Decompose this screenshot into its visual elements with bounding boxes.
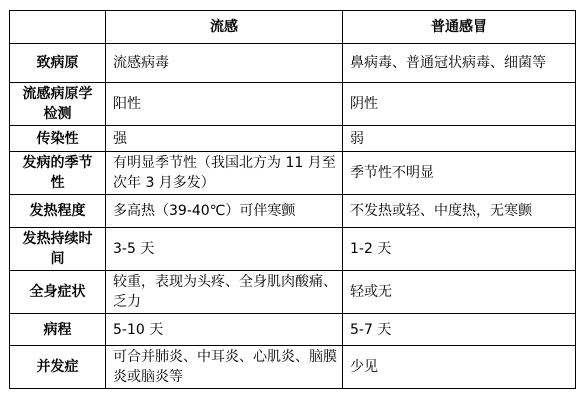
row-label: 发病的季节性 [10, 152, 106, 195]
table-row: 病程5-10 天5-7 天 [10, 314, 576, 346]
header-row: 流感 普通感冒 [10, 11, 576, 44]
cold-value-cell: 轻或无 [343, 271, 576, 314]
row-label: 并发症 [10, 346, 106, 389]
flu-value-cell: 有明显季节性（我国北方为 11 月至次年 3 月多发） [106, 152, 343, 195]
row-label: 全身症状 [10, 271, 106, 314]
table-row: 致病原流感病毒鼻病毒、普通冠状病毒、细菌等 [10, 44, 576, 83]
corner-empty-cell [10, 11, 106, 44]
flu-value-cell: 5-10 天 [106, 314, 343, 346]
row-label: 致病原 [10, 44, 106, 83]
flu-value-cell: 多高热（39-40℃）可伴寒颤 [106, 195, 343, 228]
flu-value-cell: 可合并肺炎、中耳炎、心肌炎、脑膜炎或脑炎等 [106, 346, 343, 389]
column-header-flu: 流感 [106, 11, 343, 44]
table-row: 全身症状较重，表现为头疼、全身肌肉酸痛、乏力轻或无 [10, 271, 576, 314]
cold-value-cell: 季节性不明显 [343, 152, 576, 195]
table-row: 流感病原学检测阳性阴性 [10, 83, 576, 126]
flu-value-cell: 强 [106, 126, 343, 152]
cold-value-cell: 鼻病毒、普通冠状病毒、细菌等 [343, 44, 576, 83]
column-header-cold: 普通感冒 [343, 11, 576, 44]
flu-value-cell: 阳性 [106, 83, 343, 126]
cold-value-cell: 1-2 天 [343, 228, 576, 271]
flu-vs-cold-comparison-table: 流感 普通感冒 致病原流感病毒鼻病毒、普通冠状病毒、细菌等流感病原学检测阳性阴性… [9, 10, 576, 389]
table-row: 发热程度多高热（39-40℃）可伴寒颤不发热或轻、中度热，无寒颤 [10, 195, 576, 228]
flu-value-cell: 流感病毒 [106, 44, 343, 83]
flu-value-cell: 较重，表现为头疼、全身肌肉酸痛、乏力 [106, 271, 343, 314]
table-row: 并发症可合并肺炎、中耳炎、心肌炎、脑膜炎或脑炎等少见 [10, 346, 576, 389]
row-label: 发热程度 [10, 195, 106, 228]
document-page: 流感 普通感冒 致病原流感病毒鼻病毒、普通冠状病毒、细菌等流感病原学检测阳性阴性… [0, 0, 584, 397]
flu-value-cell: 3-5 天 [106, 228, 343, 271]
cold-value-cell: 不发热或轻、中度热，无寒颤 [343, 195, 576, 228]
cold-value-cell: 少见 [343, 346, 576, 389]
row-label: 病程 [10, 314, 106, 346]
table-row: 传染性强弱 [10, 126, 576, 152]
cold-value-cell: 阴性 [343, 83, 576, 126]
cold-value-cell: 弱 [343, 126, 576, 152]
row-label: 流感病原学检测 [10, 83, 106, 126]
table-row: 发病的季节性有明显季节性（我国北方为 11 月至次年 3 月多发）季节性不明显 [10, 152, 576, 195]
row-label: 传染性 [10, 126, 106, 152]
cold-value-cell: 5-7 天 [343, 314, 576, 346]
row-label: 发热持续时间 [10, 228, 106, 271]
table-row: 发热持续时间3-5 天1-2 天 [10, 228, 576, 271]
